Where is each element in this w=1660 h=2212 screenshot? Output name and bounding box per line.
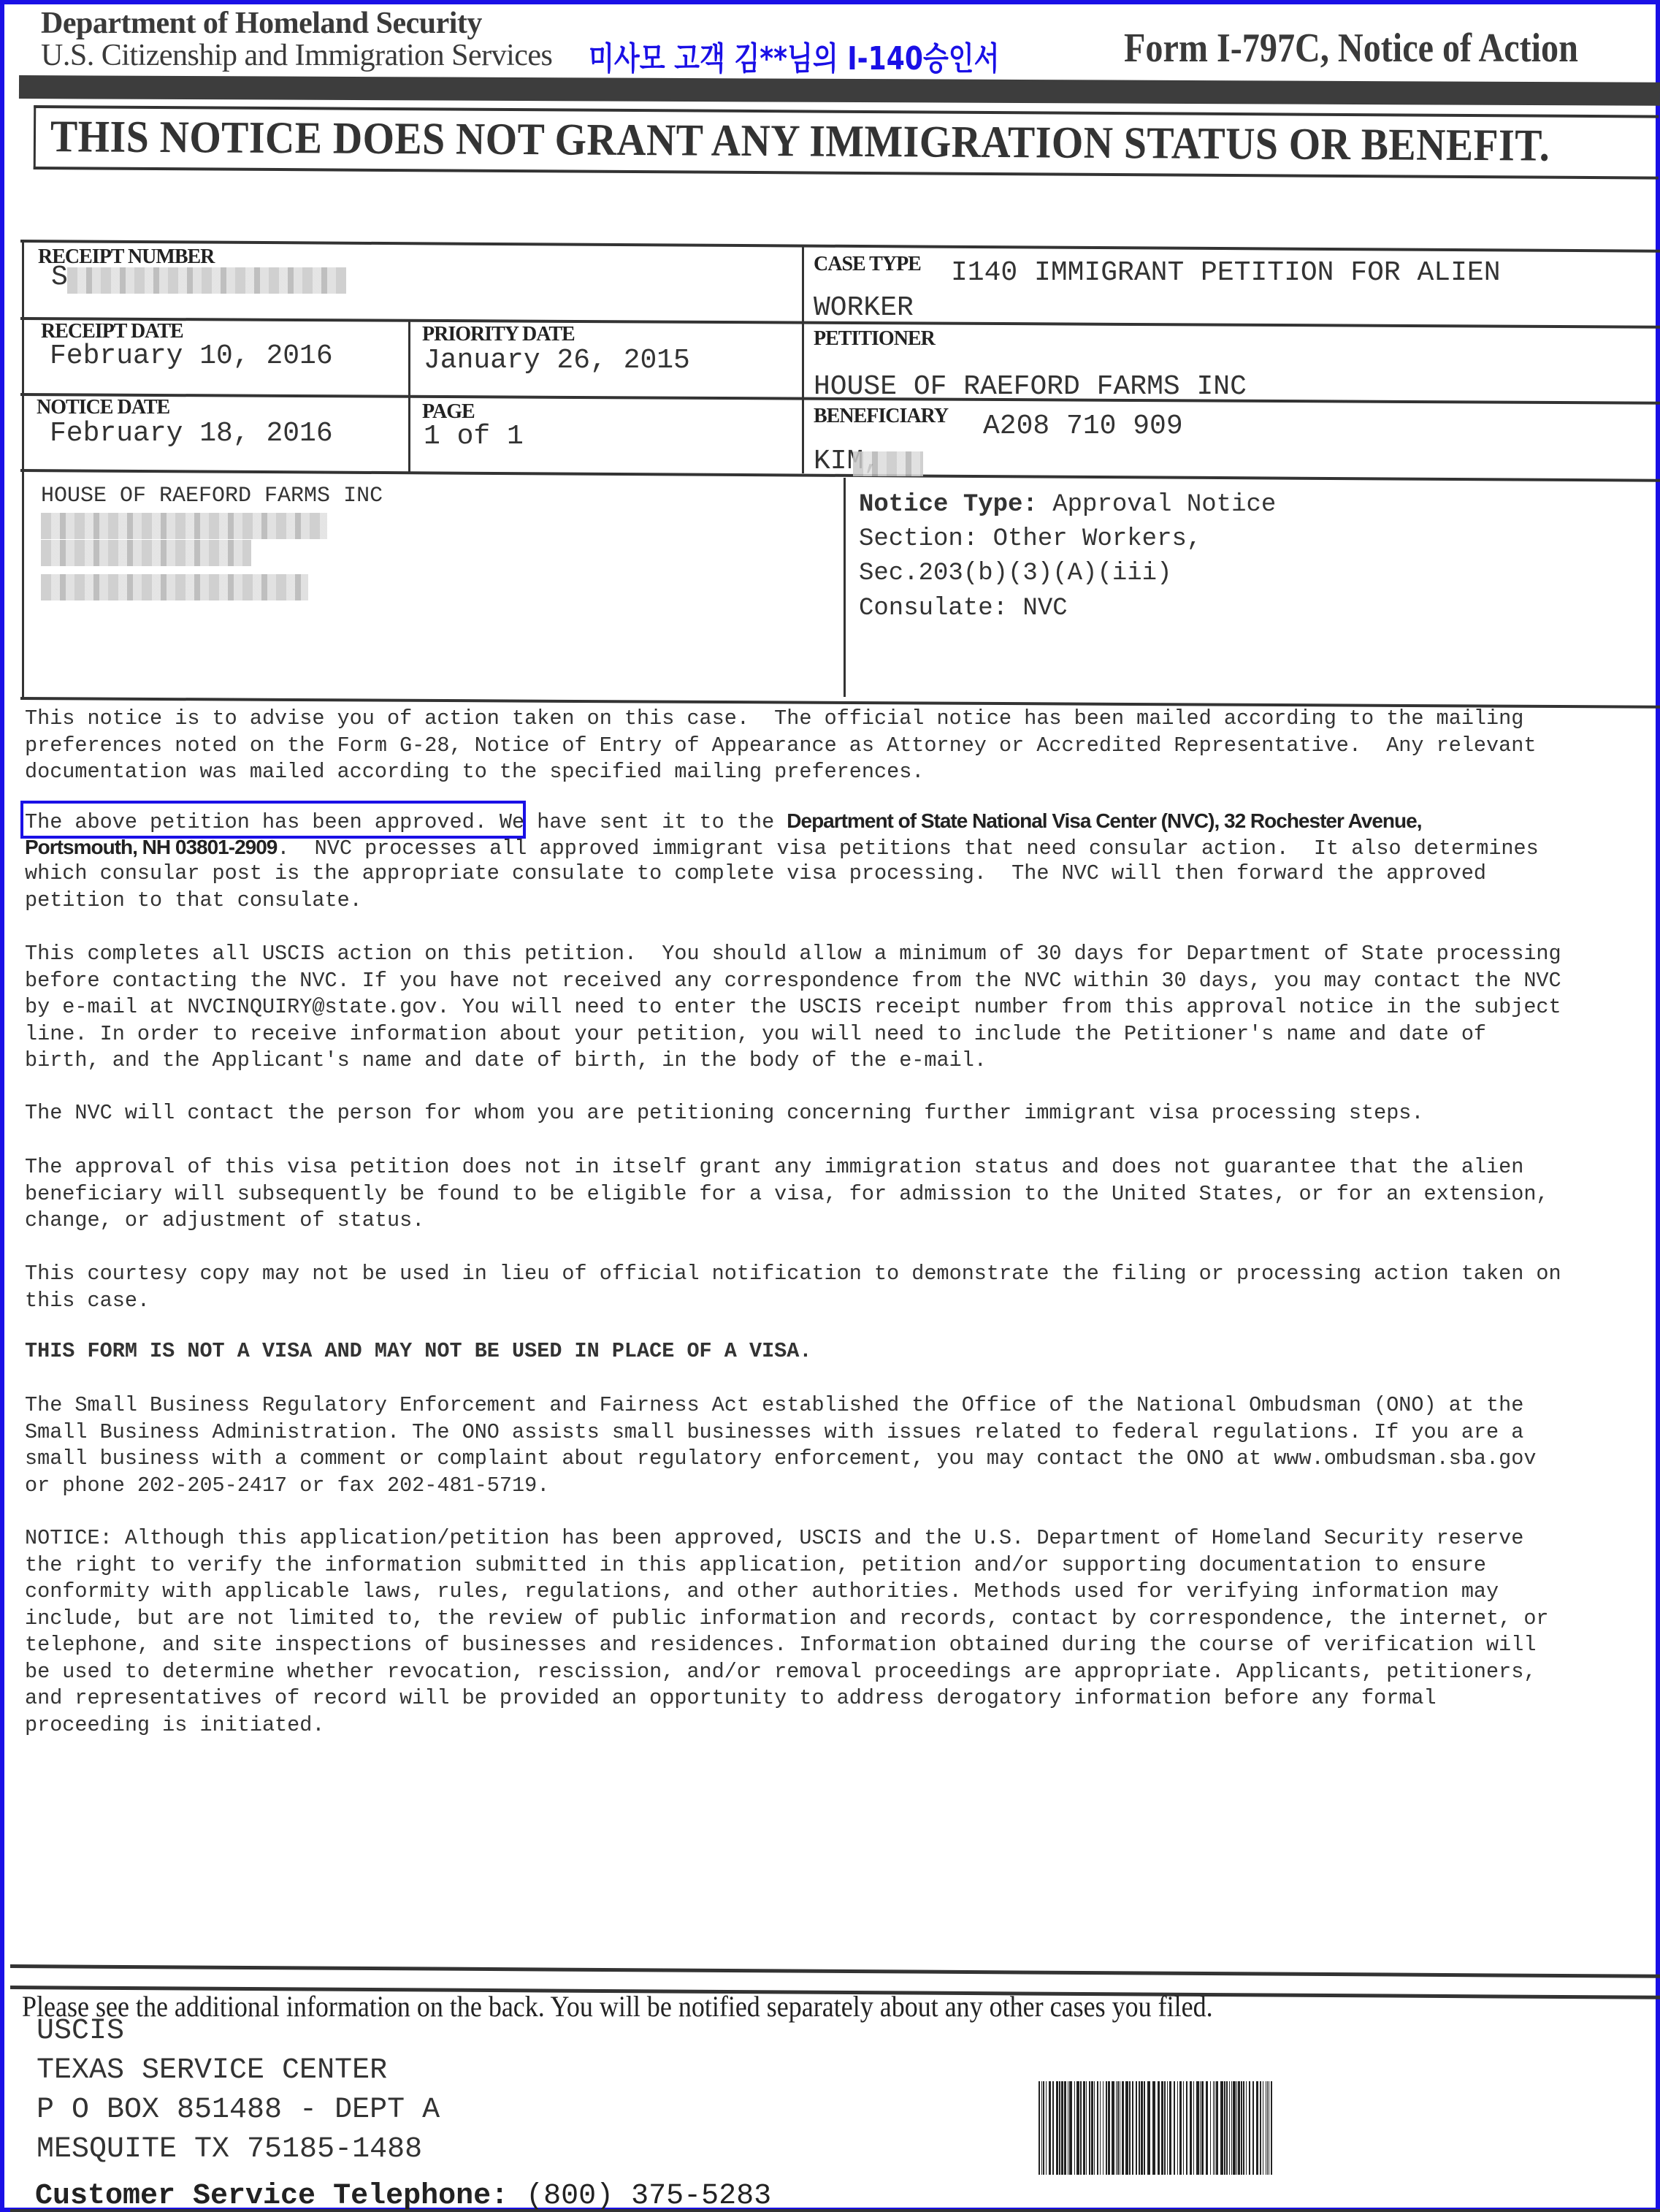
notice-section: Section: Other Workers, <box>859 525 1201 553</box>
paragraph-small-business: The Small Business Regulatory Enforcemen… <box>25 1392 1646 1499</box>
office-line: MESQUITE TX 75185-1488 <box>37 2133 422 2166</box>
agency-name: U.S. Citizenship and Immigration Service… <box>41 38 552 73</box>
notice-date-label: NOTICE DATE <box>37 396 169 419</box>
status-banner: THIS NOTICE DOES NOT GRANT ANY IMMIGRATI… <box>34 105 1659 180</box>
notice-date-value: February 18, 2016 <box>50 418 333 449</box>
paragraph-no-status: The approval of this visa petition does … <box>25 1154 1646 1235</box>
customer-service-phone: Customer Service Telephone: (800) 375-52… <box>35 2180 771 2212</box>
grid-line <box>20 240 1660 253</box>
grid-line <box>408 320 410 472</box>
document-frame: Department of Homeland Security U.S. Cit… <box>0 0 1660 2212</box>
redacted-address-line <box>41 540 251 566</box>
paragraph-courtesy-copy: This courtesy copy may not be used in li… <box>25 1261 1646 1314</box>
page-value: 1 of 1 <box>424 421 524 452</box>
nvc-address: Department of State National Visa Center… <box>787 809 1421 832</box>
paragraph-action-notice: This notice is to advise you of action t… <box>25 706 1646 786</box>
case-type-value-continued: WORKER <box>814 292 914 324</box>
korean-annotation: 미사모 고객 김**님의 I-140승인서 <box>589 32 1000 79</box>
form-title: Form I-797C, Notice of Action <box>1124 25 1578 72</box>
beneficiary-label: BENEFICIARY <box>814 405 948 428</box>
additional-info-note: Please see the additional information on… <box>22 1989 1213 2024</box>
addressee-name: HOUSE OF RAEFORD FARMS INC <box>41 484 383 508</box>
case-type-label: CASE TYPE <box>814 253 921 276</box>
nvc-processing-text: . NVC processes all approved immigrant v… <box>277 836 1538 861</box>
case-type-value: I140 IMMIGRANT PETITION FOR ALIEN <box>951 257 1501 289</box>
approved-statement: The above petition has been approved. <box>25 810 487 834</box>
paragraph-verification-notice: NOTICE: Although this application/petiti… <box>25 1525 1646 1739</box>
petitioner-value: HOUSE OF RAEFORD FARMS INC <box>814 371 1247 403</box>
priority-date-label: PRIORITY DATE <box>422 323 575 346</box>
receipt-date-value: February 10, 2016 <box>50 340 333 372</box>
grid-line <box>844 478 846 697</box>
redacted-address-line <box>41 513 327 539</box>
notice-type-value: Approval Notice <box>1052 491 1276 519</box>
petitioner-label: PETITIONER <box>814 327 935 351</box>
notice-consulate: Consulate: NVC <box>859 595 1068 622</box>
notice-type-label: Notice Type: <box>859 491 1038 519</box>
redacted-beneficiary-name <box>853 451 923 476</box>
phone-label: Customer Service Telephone: <box>35 2180 508 2212</box>
sent-to-text: We have sent it to the <box>487 810 787 834</box>
paragraph-not-a-visa: THIS FORM IS NOT A VISA AND MAY NOT BE U… <box>25 1338 1646 1365</box>
beneficiary-a-number: A208 710 909 <box>983 411 1183 442</box>
nvc-address-city: Portsmouth, NH 03801-2909 <box>25 836 277 858</box>
grid-line <box>22 240 24 700</box>
paragraph-uscis-complete: This completes all USCIS action on this … <box>25 941 1646 1075</box>
office-line: P O BOX 851488 - DEPT A <box>37 2094 440 2127</box>
barcode <box>1039 2081 1277 2175</box>
paragraph-approval-end: which consular post is the appropriate c… <box>25 861 1646 914</box>
office-line: USCIS <box>37 2015 124 2048</box>
priority-date-value: January 26, 2015 <box>424 345 690 376</box>
paragraph-approval-continued: Portsmouth, NH 03801-2909. NVC processes… <box>25 834 1646 863</box>
paragraph-approval: The above petition has been approved. We… <box>25 808 1646 836</box>
notice-section-code: Sec.203(b)(3)(A)(iii) <box>859 560 1171 587</box>
grid-line <box>802 245 804 473</box>
redacted-receipt-number <box>67 267 346 294</box>
department-name: Department of Homeland Security <box>41 6 482 41</box>
banner-text: THIS NOTICE DOES NOT GRANT ANY IMMIGRATI… <box>50 111 1550 172</box>
notice-type: Notice Type: Approval Notice <box>859 491 1276 519</box>
office-line: TEXAS SERVICE CENTER <box>37 2054 387 2087</box>
receipt-number-value: S <box>51 262 68 293</box>
footer-line <box>10 1964 1660 1978</box>
phone-number: (800) 375-5283 <box>526 2180 771 2212</box>
paragraph-nvc-contact: The NVC will contact the person for whom… <box>25 1100 1646 1127</box>
header-bar <box>19 75 1660 106</box>
footer-line <box>10 2209 1660 2212</box>
redacted-address-line <box>41 574 308 600</box>
